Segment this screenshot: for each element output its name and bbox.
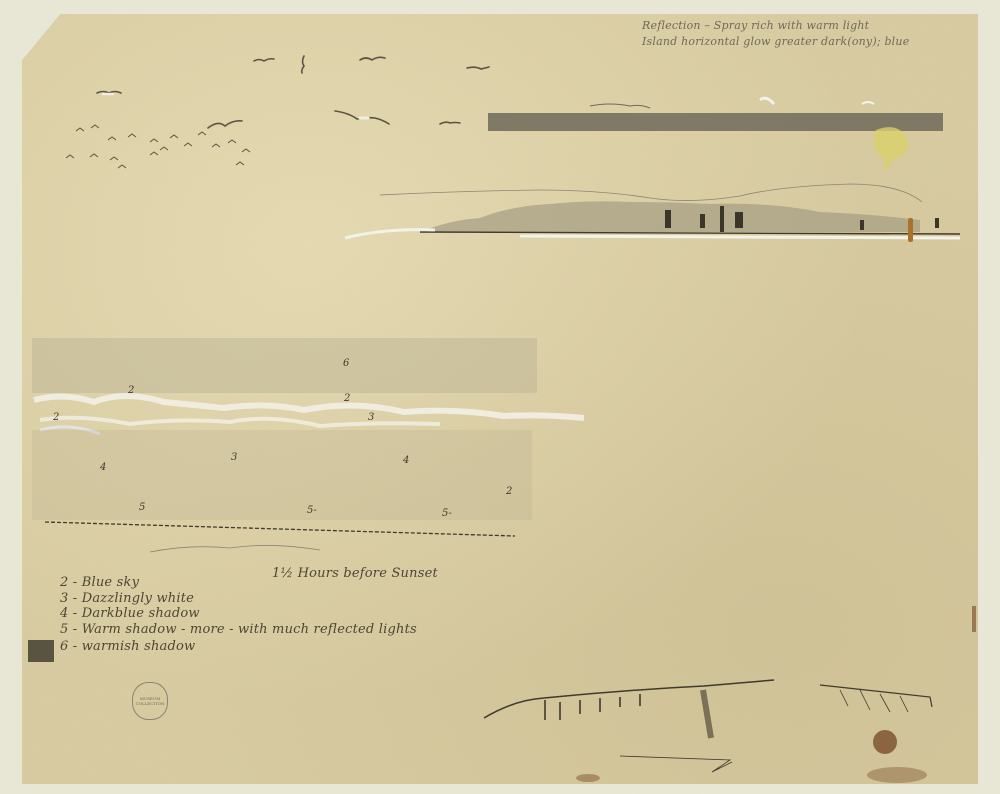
sketch-number: 5 [139,502,145,513]
sketch-number: 2 [128,385,134,396]
annotation-top-line-2: Island horizontal glow greater dark(ony)… [642,34,909,50]
legend-item: 5 - Warm shadow - more - with much refle… [60,622,417,638]
sketch-number: 2 [53,412,59,423]
legend-item: 3 - Dazzlingly white [60,591,194,607]
legend-item: 2 - Blue sky [60,575,139,591]
sketch-number: 5- [442,508,452,519]
legend-item: 4 - Darkblue shadow [60,606,200,622]
sketch-number: 4 [100,462,106,473]
sketch-number: 3 [368,412,374,423]
waves-sketch [32,338,584,552]
collection-stamp: MUSEUM COLLECTION [132,682,168,720]
sketch-number: 2 [344,393,350,404]
sketch-number: 6 [343,358,349,369]
sketch-number: 2 [506,486,512,497]
sketch-number: 4 [403,455,409,466]
time-annotation: 1½ Hours before Sunset [272,566,438,581]
annotation-top-line-1: Reflection – Spray rich with warm light [642,18,869,34]
brown-boat-mark [908,218,913,242]
pencil-smudge [28,640,54,662]
dark-island-band [488,113,943,131]
sketch-number: 5- [307,505,317,516]
sketch-number: 3 [231,452,237,463]
legend-item: 6 - warmish shadow [60,639,195,655]
stamp-text: MUSEUM COLLECTION [133,696,167,706]
sketch-drawing [0,0,1000,794]
